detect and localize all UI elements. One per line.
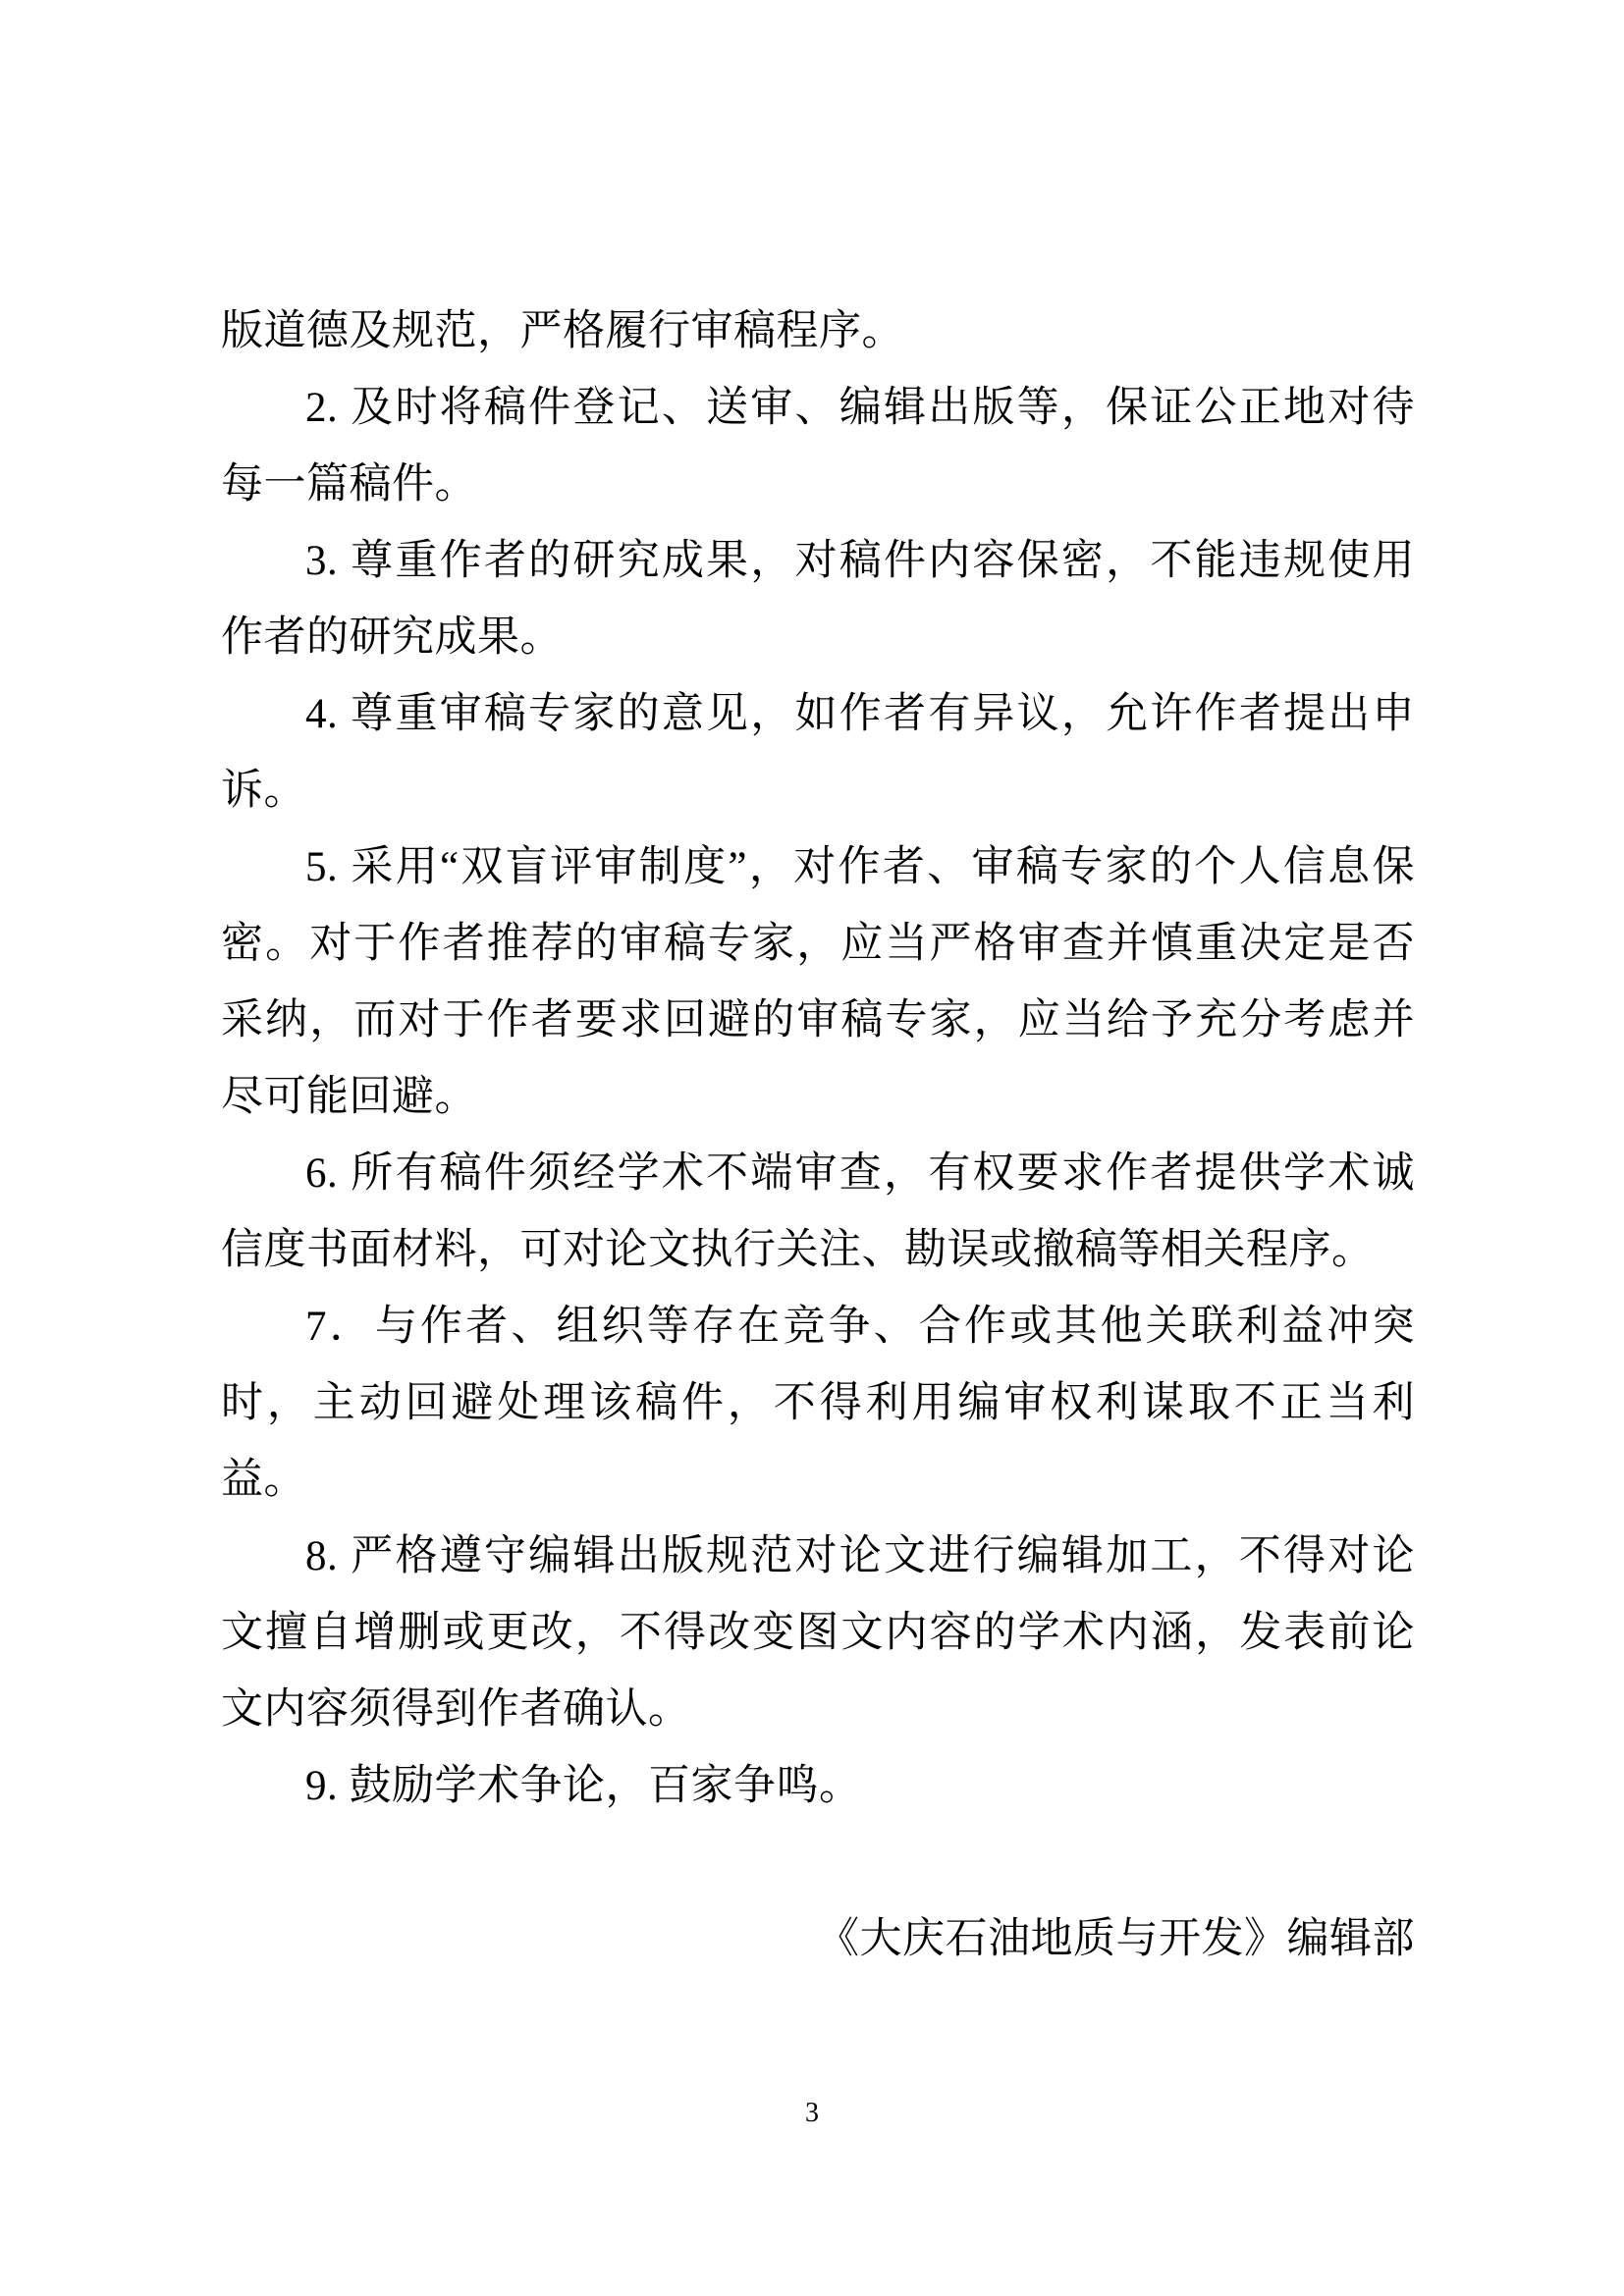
page-number: 3 [0, 2097, 1624, 2130]
numbered-item-5: 5. 采用“双盲评审制度”，对作者、审稿专家的个人信息保密。对于作者推荐的审稿专… [221, 829, 1415, 1136]
document-body: 版道德及规范，严格履行审稿程序。 2. 及时将稿件登记、送审、编辑出版等，保证公… [221, 294, 1415, 1978]
numbered-item-6: 6. 所有稿件须经学术不端审查，有权要求作者提供学术诚信度书面材料，可对论文执行… [221, 1136, 1415, 1289]
numbered-item-4: 4. 尊重审稿专家的意见，如作者有异议，允许作者提出申诉。 [221, 676, 1415, 829]
numbered-item-7: 7．与作者、组织等存在竞争、合作或其他关联利益冲突时，主动回避处理该稿件，不得利… [221, 1289, 1415, 1519]
editorial-department-signature: 《大庆石油地质与开发》编辑部 [221, 1901, 1415, 1978]
numbered-item-2: 2. 及时将稿件登记、送审、编辑出版等，保证公正地对待每一篇稿件。 [221, 370, 1415, 523]
document-page: 版道德及规范，严格履行审稿程序。 2. 及时将稿件登记、送审、编辑出版等，保证公… [0, 0, 1624, 2296]
numbered-item-9: 9. 鼓励学术争论，百家争鸣。 [221, 1748, 1415, 1825]
numbered-item-3: 3. 尊重作者的研究成果，对稿件内容保密，不能违规使用作者的研究成果。 [221, 523, 1415, 676]
numbered-item-8: 8. 严格遵守编辑出版规范对论文进行编辑加工，不得对论文擅自增删或更改，不得改变… [221, 1519, 1415, 1748]
paragraph-continuation: 版道德及规范，严格履行审稿程序。 [221, 294, 1415, 370]
